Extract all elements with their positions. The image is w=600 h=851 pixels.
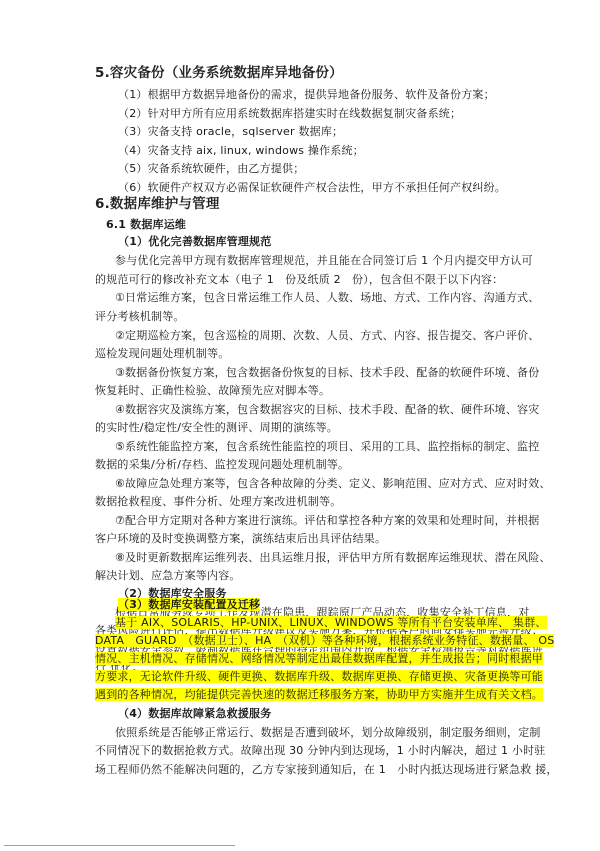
subsection-6-1-heading: 6.1 数据库运维 (106, 217, 186, 232)
section-5-item-5: （5）灾备系统软硬件，由乙方提供； (118, 161, 304, 176)
part-1-line: ⑥故障应急处理方案等，包含各种故障的分类、定义、影响范围、应对方式、应对时效、 (115, 476, 551, 491)
part-1-line: ①日常运维方案，包含日常运维工作人员、人数、场地、方式、工作内容、沟通方式、 (115, 290, 539, 305)
part-1-line: ②定期巡检方案，包含巡检的周期、次数、人员、方式、内容、报告提交、客户评价、 (115, 328, 539, 343)
part-1-line: 评分考核机制等。 (95, 309, 185, 324)
part-3-line: 遇到的各种情况，均能提供完善快速的数据迁移服务方案，协助甲方实施并生成有关文档。 (95, 687, 543, 702)
part-3-line: 方要求，无论软件升级、硬件更换、数据库升级、数据库更换、存储更换、灾备更换等可能 (95, 669, 543, 684)
part-1-line: ③数据备份恢复方案，包含数据备份恢复的目标、技术手段、配备的软硬件环境、备份 (115, 365, 539, 380)
part-1-line: 解决计划、应急方案等内容。 (95, 568, 241, 583)
part-4-heading: （4）数据库故障紧急救援服务 (118, 706, 271, 721)
part-1-line: ⑤系统性能监控方案，包含系统性能监控的项目、采用的工具、监控指标的制定、监控 (115, 439, 539, 454)
section-5-item-3: （3）灾备支持 oracle，sqlserver 数据库； (118, 124, 343, 139)
document-page: 5.容灾备份（业务系统数据库异地备份） （1）根据甲方数据异地备份的需求，提供异… (0, 0, 600, 851)
part-4-line: 场工程师仍然不能解决问题的，乙方专家接到通知后，在 1 小时内抵达现场进行紧急救… (95, 762, 558, 777)
part-1-line: 参与优化完善甲方现有数据库管理规范，并且能在合同签订后 1 个月内提交甲方认可 (115, 253, 533, 268)
part-1-line: 的规范可行的修改补充文本（电子 1 份及纸质 2 份），包含但不限于以下内容： (95, 272, 503, 287)
part-1-line: 数据的采集/分析/存档、监控发现问题处理机制等。 (95, 457, 349, 472)
section-5-item-6: （6）软硬件产权双方必需保证软硬件产权合法性，甲方不承担任何产权纠纷。 (118, 180, 506, 195)
part-3-line: 情况、主机情况、存储情况、网络情况等制定出最佳数据库配置，并生成报告；同时根据甲 (95, 651, 543, 666)
part-1-line: 恢复耗时、正确性检验、故障预先应对脚本等。 (95, 383, 330, 398)
part-4-line: 不同情况下的数据抢救方式。故障出现 30 分钟内到达现场，1 小时内解决，超过 … (95, 743, 545, 758)
part-1-heading: （1）优化完善数据库管理规范 (118, 234, 271, 249)
section-6-heading: 6.数据库维护与管理 (95, 195, 220, 213)
part-3-line-text: 遇到的各种情况，均能提供完善快速的数据迁移服务方案，协助甲方实施并生成有关文档。 (95, 688, 543, 701)
part-3-heading-text: （3）数据库安装配置及迁移 (118, 598, 260, 611)
part-3-line-text: 方要求，无论软件升级、硬件更换、数据库升级、数据库更换、存储更换、灾备更换等可能 (95, 670, 543, 683)
part-1-line: ⑦配合甲方定期对各种方案进行演练。评估和掌控各种方案的效果和处理时间，并根据 (115, 513, 539, 528)
part-1-line: 巡检发现问题处理机制等。 (95, 346, 229, 361)
part-1-line: 数据抢救程度、事件分析、处理方案改进机制等。 (95, 494, 341, 509)
part-1-line: ⑧及时更新数据库运维列表、出具运维月报，评估甲方所有数据库运维现状、潜在风险、 (115, 550, 551, 565)
footnote-divider (4, 845, 235, 846)
part-1-line: ④数据容灾及演练方案，包含数据容灾的目标、技术手段、配备的软、硬件环境、容灾 (115, 402, 539, 417)
part-3-line: 基于 AIX、SOLARIS、HP-UNIX、LINUX、WINDOWS 等所有… (115, 615, 547, 630)
section-5-item-4: （4）灾备支持 aix, linux, windows 操作系统； (118, 143, 364, 158)
part-3-heading: （3）数据库安装配置及迁移 (118, 597, 260, 612)
part-1-line: 的实时性/稳定性/安全性的测评、周期的演练等。 (95, 420, 338, 435)
part-3-line-text: DATA GUARD （数据卫士）、HA （双机）等各种环境，根据系统业务特征、… (95, 634, 554, 647)
part-3-line-text: 情况、主机情况、存储情况、网络情况等制定出最佳数据库配置，并生成报告；同时根据甲 (95, 652, 543, 665)
section-5-item-2: （2）针对甲方所有应用系统数据库搭建实时在线数据复制灾备系统； (118, 106, 461, 121)
part-1-line: 客户环境的及时变换调整方案，演练结束后出具评估结果。 (95, 531, 386, 546)
section-5-heading: 5.容灾备份（业务系统数据库异地备份） (95, 64, 343, 82)
part-3-line: DATA GUARD （数据卫士）、HA （双机）等各种环境，根据系统业务特征、… (95, 633, 554, 648)
part-4-line: 依照系统是否能够正常运行、数据是否遭到破坏，划分故障级别，制定服务细则，定制 (115, 725, 541, 740)
part-3-line-text: 基于 AIX、SOLARIS、HP-UNIX、LINUX、WINDOWS 等所有… (115, 616, 547, 629)
section-5-item-1: （1）根据甲方数据异地备份的需求，提供异地备份服务、软件及备份方案； (118, 87, 495, 102)
